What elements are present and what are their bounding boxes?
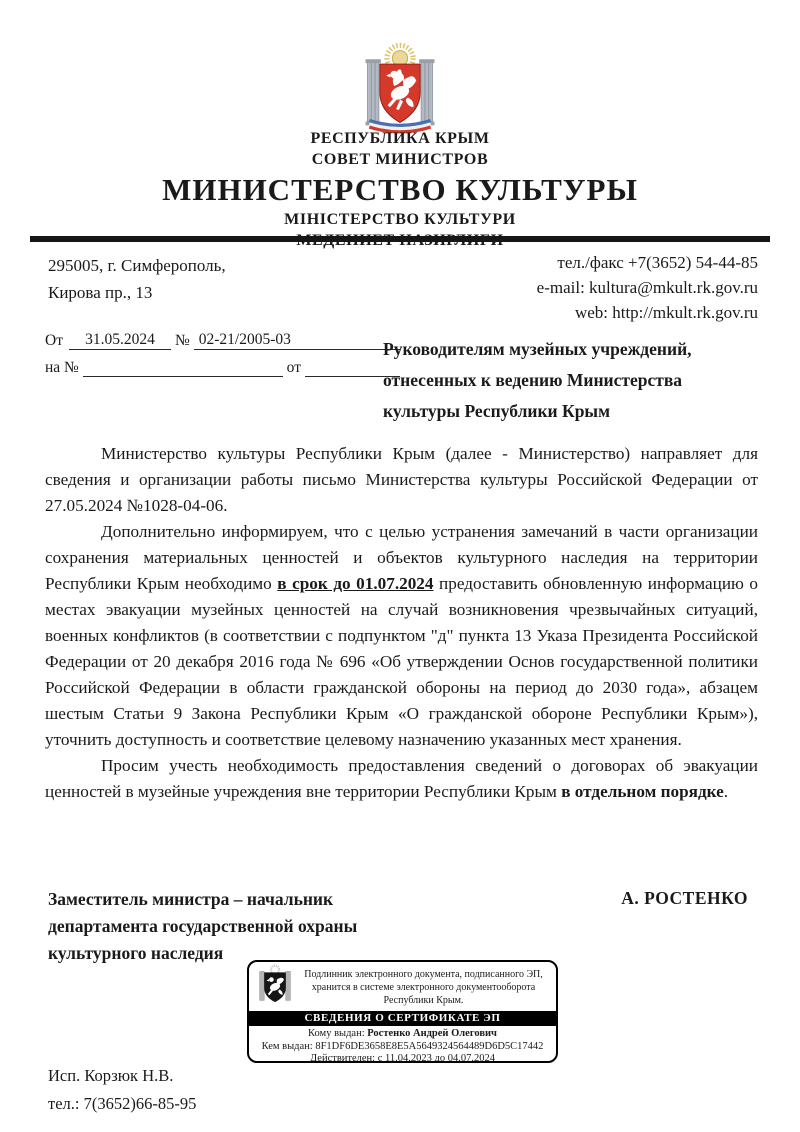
org-council: СОВЕТ МИНИСТРОВ — [0, 152, 800, 168]
letter-date-field: 31.05.2024 — [69, 331, 171, 350]
executor-name: Исп. Корзюк Н.В. — [48, 1062, 196, 1090]
address-line-2: Кирова пр., 13 — [48, 279, 226, 306]
org-republic: РЕСПУБЛИКА КРЫМ — [0, 131, 800, 147]
issued-to-label: Кому выдан: — [308, 1028, 367, 1039]
website: web: http://mkult.rk.gov.ru — [537, 300, 758, 325]
certificate-issued-by: Кем выдан: 8F1DF6DE3658E8E5A564932456448… — [249, 1041, 556, 1054]
separate-order-emphasis: в отдельном порядке — [561, 782, 724, 801]
addressee-line-1: Руководителям музейных учреждений, — [383, 334, 763, 365]
deadline-emphasis: в срок до 01.07.2024 — [277, 574, 433, 593]
addressee-line-3: культуры Республики Крым — [383, 396, 763, 427]
letter-body: Министерство культуры Республики Крым (д… — [45, 441, 758, 805]
reply-to-label: на № — [45, 359, 83, 377]
addressee-line-2: отнесенных к ведению Министерства — [383, 365, 763, 396]
stamp-certificate-details: Кому выдан: Ростенко Андрей Олегович Кем… — [249, 1026, 556, 1063]
stamp-emblem — [256, 964, 294, 1011]
reference-block: От 31.05.2024 № 02-21/2005-03 на № от — [45, 331, 400, 386]
org-ministry-ua: МІНІСТЕРСТВО КУЛЬТУРИ — [0, 212, 800, 228]
body-paragraph-1: Министерство культуры Республики Крым (д… — [45, 441, 758, 519]
certificate-validity: Действителен: с 11.04.2023 до 04.07.2024 — [249, 1053, 556, 1063]
letter-number-field: 02-21/2005-03 — [194, 331, 400, 350]
addressee-block: Руководителям музейных учреждений, отнес… — [383, 334, 763, 427]
paragraph-1-text: Министерство культуры Республики Крым (д… — [45, 444, 758, 515]
signer-position-line-1: Заместитель министра – начальник — [48, 886, 468, 913]
issued-to-value: Ростенко Андрей Олегович — [367, 1028, 497, 1039]
validity-label: Действителен: — [310, 1053, 378, 1063]
letter-page: РЕСПУБЛИКА КРЫМ СОВЕТ МИНИСТРОВ МИНИСТЕР… — [0, 0, 800, 1132]
signer-position: Заместитель министра – начальник департа… — [48, 886, 468, 967]
issued-by-label: Кем выдан: — [262, 1041, 316, 1052]
outgoing-reference-line: От 31.05.2024 № 02-21/2005-03 — [45, 331, 400, 350]
signer-position-line-2: департамента государственной охраны — [48, 913, 468, 940]
postal-address: 295005, г. Симферополь, Кирова пр., 13 — [48, 252, 226, 306]
address-line-1: 295005, г. Симферополь, — [48, 252, 226, 279]
executor-phone: тел.: 7(3652)66-85-95 — [48, 1090, 196, 1118]
paragraph-2-continuation: предоставить обновленную информацию о ме… — [45, 574, 758, 749]
validity-value: с 11.04.2023 до 04.07.2024 — [378, 1053, 495, 1063]
crimea-coat-of-arms-icon — [352, 42, 448, 134]
phone-fax: тел./факс +7(3652) 54-44-85 — [537, 250, 758, 275]
paragraph-3-period: . — [724, 782, 728, 801]
reply-from-label: от — [283, 359, 305, 377]
letterhead-emblem — [0, 42, 800, 139]
from-label: От — [45, 332, 67, 350]
stamp-header: Подлинник электронного документа, подпис… — [249, 962, 556, 1011]
incoming-reference-line: на № от — [45, 359, 400, 377]
crimea-emblem-monochrome-icon — [257, 964, 293, 1006]
reply-number-field — [83, 376, 283, 377]
org-ministry-title: МИНИСТЕРСТВО КУЛЬТУРЫ — [0, 174, 800, 205]
stamp-notice: Подлинник электронного документа, подпис… — [294, 968, 549, 1007]
body-paragraph-2: Дополнительно информируем, что с целью у… — [45, 519, 758, 753]
email: e-mail: kultura@mkult.rk.gov.ru — [537, 275, 758, 300]
stamp-title-bar: СВЕДЕНИЯ О СЕРТИФИКАТЕ ЭП — [249, 1011, 556, 1026]
contact-details: тел./факс +7(3652) 54-44-85 e-mail: kult… — [537, 250, 758, 325]
issued-by-value: 8F1DF6DE3658E8E5A5649324564489D6D5C17442 — [315, 1041, 543, 1052]
letterhead-divider-rule — [30, 236, 770, 242]
certificate-issued-to: Кому выдан: Ростенко Андрей Олегович — [249, 1028, 556, 1041]
body-paragraph-3: Просим учесть необходимость предоставлен… — [45, 753, 758, 805]
esign-certificate-stamp: Подлинник электронного документа, подпис… — [247, 960, 558, 1063]
executor-block: Исп. Корзюк Н.В. тел.: 7(3652)66-85-95 — [48, 1062, 196, 1118]
number-label: № — [171, 332, 194, 350]
signer-name: А. РОСТЕНКО — [621, 888, 748, 909]
